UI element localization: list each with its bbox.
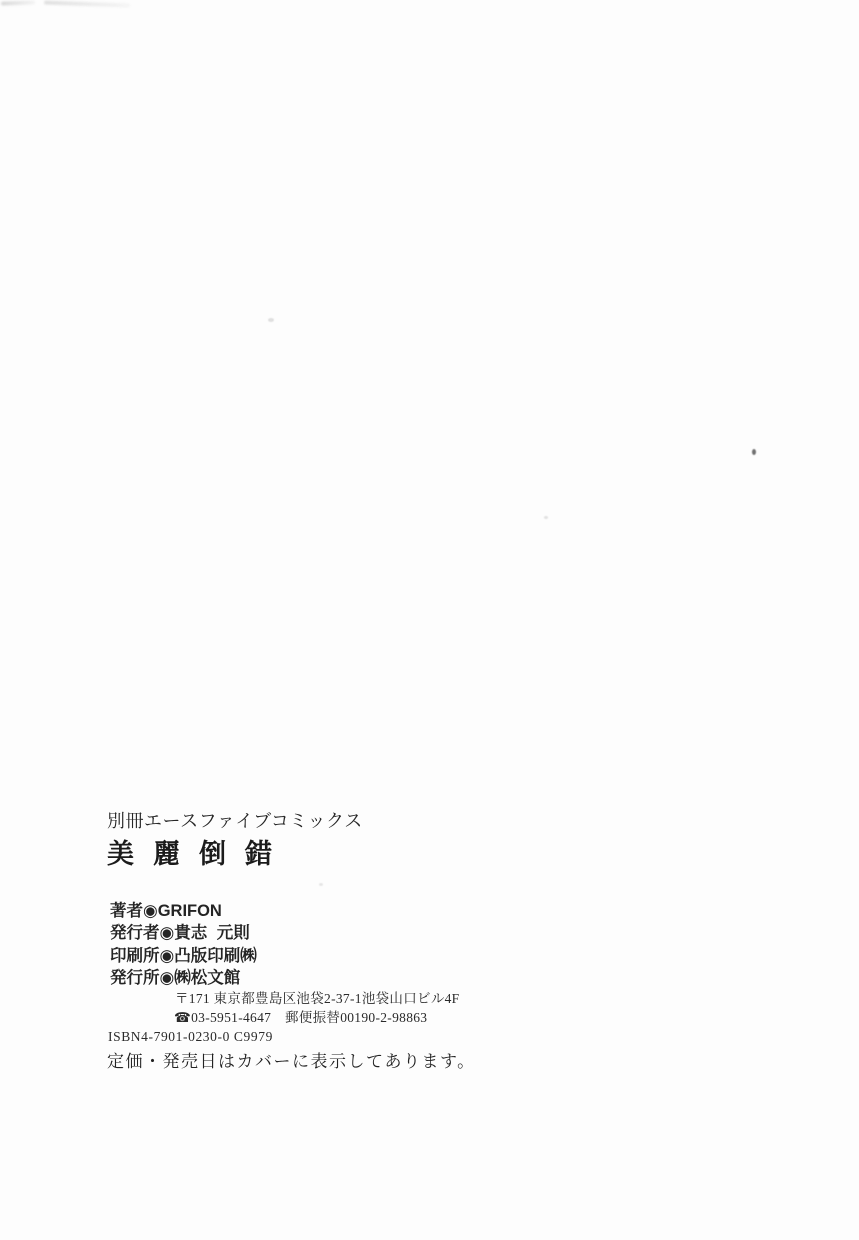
scan-smudge (44, 1, 130, 8)
credit-value: GRIFON (158, 902, 222, 920)
credits-block: 著者◉GRIFON 発行者◉貴志 元則 印刷所◉凸版印刷㈱ 発行所◉㈱松文館 (110, 900, 257, 990)
credit-label: 発行所 (110, 969, 160, 987)
price-note: 定価・発売日はカバーに表示してあります。 (107, 1050, 476, 1074)
credit-row-author: 著者◉GRIFON (110, 900, 257, 922)
credit-value: ㈱松文館 (174, 969, 240, 987)
credit-value: 凸版印刷㈱ (174, 947, 257, 965)
credit-row-printer: 印刷所◉凸版印刷㈱ (110, 945, 257, 967)
fisheye-bullet-icon: ◉ (160, 968, 175, 987)
phone-postal-transfer-line: ☎03-5951-4647 郵便振替00190-2-98863 (174, 1009, 427, 1027)
credit-row-publishing-house: 発行所◉㈱松文館 (110, 967, 257, 989)
colophon-page: 別冊エースファイブコミックス 美麗倒錯 著者◉GRIFON 発行者◉貴志 元則 … (0, 0, 859, 1240)
scan-speck (544, 516, 548, 519)
fisheye-bullet-icon: ◉ (143, 901, 158, 920)
credit-value: 貴志 元則 (174, 924, 250, 942)
fisheye-bullet-icon: ◉ (160, 946, 175, 965)
credit-label: 発行者 (110, 924, 160, 942)
isbn-line: ISBN4-7901-0230-0 C9979 (108, 1028, 273, 1046)
credit-label: 著者 (110, 902, 143, 920)
credit-row-publisher-person: 発行者◉貴志 元則 (110, 922, 257, 944)
book-title: 美麗倒錯 (107, 839, 291, 870)
fisheye-bullet-icon: ◉ (160, 923, 175, 942)
scan-speck (319, 883, 323, 886)
scan-speck (268, 318, 274, 322)
postal-address: 〒171 東京都豊島区池袋2-37-1池袋山口ビル4F (175, 990, 459, 1008)
scan-smudge (1, 0, 35, 5)
scan-speck (752, 449, 756, 455)
credit-label: 印刷所 (110, 947, 160, 965)
series-label: 別冊エースファイブコミックス (107, 810, 363, 832)
